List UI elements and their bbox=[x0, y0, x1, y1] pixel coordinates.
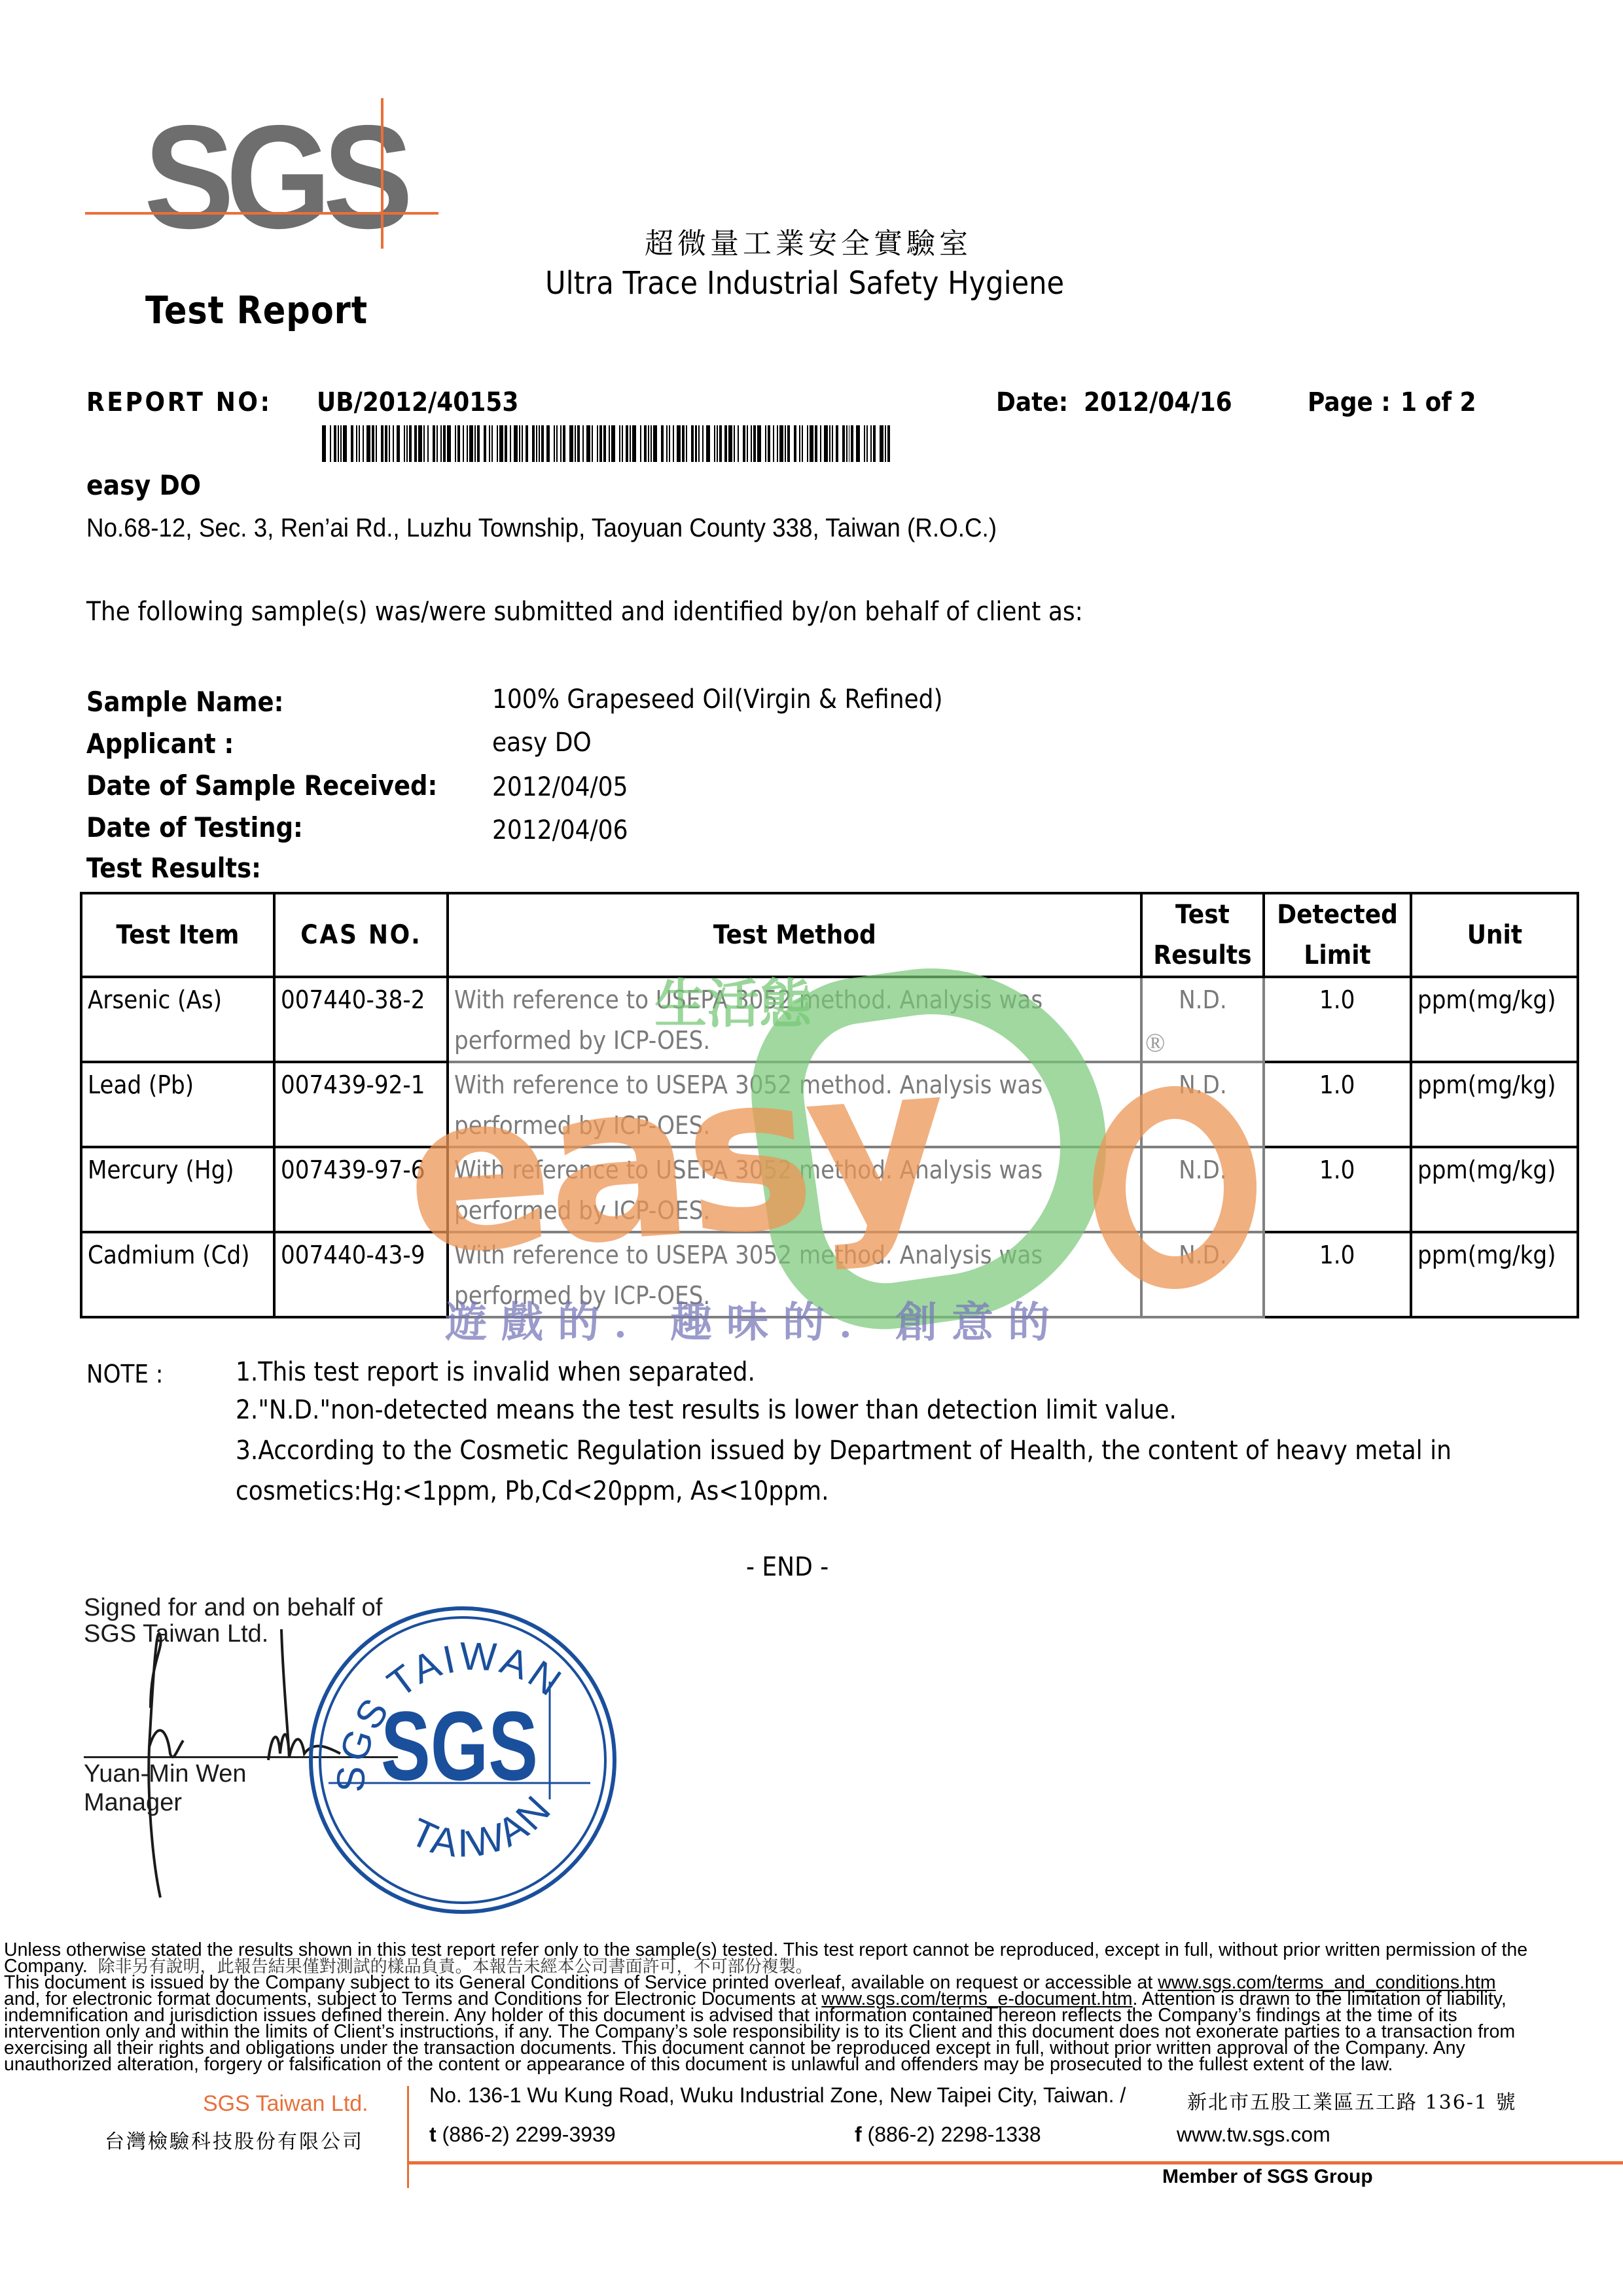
field-value-applicant: easy DO bbox=[492, 728, 592, 758]
field-label-applicant: Applicant : bbox=[86, 728, 234, 760]
cell-result: N.D. bbox=[1141, 1062, 1264, 1147]
cell-method: With reference to USEPA 3052 method. Ana… bbox=[448, 1232, 1141, 1317]
cell-limit: 1.0 bbox=[1264, 1232, 1411, 1317]
report-no-label: REPORT NO: bbox=[86, 387, 272, 417]
footer-member: Member of SGS Group bbox=[1162, 2166, 1373, 2188]
table-row: Arsenic (As)007440-38-2With reference to… bbox=[81, 977, 1578, 1062]
note-line-4: cosmetics:Hg:<1ppm, Pb,Cd<20ppm, As<10pp… bbox=[236, 1476, 829, 1506]
cell-result: N.D. bbox=[1141, 1147, 1264, 1232]
date-label: Date: bbox=[996, 387, 1068, 417]
cell-unit: ppm(mg/kg) bbox=[1411, 1062, 1578, 1147]
cell-unit: ppm(mg/kg) bbox=[1411, 1232, 1578, 1317]
legal-disclaimer: Unless otherwise stated the results show… bbox=[4, 1942, 1590, 2073]
field-value-sample-name: 100% Grapeseed Oil(Virgin & Refined) bbox=[492, 684, 943, 715]
cell-result: N.D. bbox=[1141, 977, 1264, 1062]
column-header-test-method: Test Method bbox=[448, 893, 1141, 977]
cell-unit: ppm(mg/kg) bbox=[1411, 1147, 1578, 1232]
lab-name-zh: 超微量工業安全實驗室 bbox=[645, 220, 972, 262]
column-header-test-item: Test Item bbox=[81, 893, 274, 977]
report-barcode bbox=[322, 425, 893, 462]
cell-method: With reference to USEPA 3052 method. Ana… bbox=[448, 977, 1141, 1062]
cell-limit: 1.0 bbox=[1264, 1147, 1411, 1232]
cell-cas: 007440-38-2 bbox=[274, 977, 448, 1062]
footer-website[interactable]: www.tw.sgs.com bbox=[1177, 2123, 1330, 2147]
submission-intro: The following sample(s) was/were submitt… bbox=[86, 597, 1083, 627]
stamp-center-text: SGS bbox=[381, 1691, 538, 1801]
cell-unit: ppm(mg/kg) bbox=[1411, 977, 1578, 1062]
results-table: Test Item CAS NO. Test Method Test Resul… bbox=[80, 892, 1579, 1318]
table-row: Lead (Pb)007439-92-1With reference to US… bbox=[81, 1062, 1578, 1147]
column-header-cas-no: CAS NO. bbox=[274, 893, 448, 977]
column-header-test-results: Test Results bbox=[1141, 893, 1264, 977]
cell-item: Lead (Pb) bbox=[81, 1062, 274, 1147]
sgs-logo-text: SGS bbox=[144, 103, 405, 251]
field-value-date-received: 2012/04/05 bbox=[492, 772, 628, 802]
footer-company-en: SGS Taiwan Ltd. bbox=[203, 2091, 368, 2117]
page-number: 1 of 2 bbox=[1400, 387, 1476, 417]
field-label-date-testing: Date of Testing: bbox=[86, 811, 303, 843]
cell-limit: 1.0 bbox=[1264, 977, 1411, 1062]
footer-phone: t (886-2) 2299-3939 bbox=[429, 2123, 616, 2147]
table-header-row: Test Item CAS NO. Test Method Test Resul… bbox=[81, 893, 1578, 977]
test-results-label: Test Results: bbox=[86, 852, 261, 884]
field-value-date-testing: 2012/04/06 bbox=[492, 815, 628, 845]
lab-name-en: Ultra Trace Industrial Safety Hygiene bbox=[545, 265, 1064, 302]
table-row: Mercury (Hg)007439-97-6With reference to… bbox=[81, 1147, 1578, 1232]
client-address: No.68-12, Sec. 3, Ren’ai Rd., Luzhu Town… bbox=[86, 514, 997, 543]
footer-fax: f (886-2) 2298-1338 bbox=[855, 2123, 1041, 2147]
logo-horizontal-rule bbox=[85, 212, 438, 215]
report-no: UB/2012/40153 bbox=[317, 387, 518, 417]
footer-vertical-rule bbox=[407, 2086, 409, 2188]
cell-method: With reference to USEPA 3052 method. Ana… bbox=[448, 1062, 1141, 1147]
cell-item: Arsenic (As) bbox=[81, 977, 274, 1062]
sgs-logo: SGS bbox=[85, 98, 438, 249]
footer-address: No. 136-1 Wu Kung Road, Wuku Industrial … bbox=[429, 2083, 1126, 2108]
field-label-date-received: Date of Sample Received: bbox=[86, 769, 437, 802]
footer-horizontal-rule bbox=[407, 2161, 1623, 2164]
cell-cas: 007440-43-9 bbox=[274, 1232, 448, 1317]
footer-address-zh: 新北市五股工業區五工路 136-1 號 bbox=[1187, 2086, 1517, 2115]
cell-method: With reference to USEPA 3052 method. Ana… bbox=[448, 1147, 1141, 1232]
document-title: Test Report bbox=[145, 288, 368, 332]
legal-line-8: unauthorized alteration, forgery or fals… bbox=[4, 2057, 1590, 2073]
note-line-1: 1.This test report is invalid when separ… bbox=[236, 1357, 755, 1387]
cell-cas: 007439-92-1 bbox=[274, 1062, 448, 1147]
column-header-unit: Unit bbox=[1411, 893, 1578, 977]
field-label-sample-name: Sample Name: bbox=[86, 686, 283, 718]
cell-result: N.D. bbox=[1141, 1232, 1264, 1317]
page-label: Page : bbox=[1308, 387, 1391, 417]
report-date: 2012/04/16 bbox=[1084, 387, 1232, 417]
note-label: NOTE : bbox=[86, 1360, 163, 1388]
note-line-2: 2."N.D."non-detected means the test resu… bbox=[236, 1395, 1177, 1425]
cell-item: Mercury (Hg) bbox=[81, 1147, 274, 1232]
footer-company-zh: 台灣檢驗科技股份有限公司 bbox=[105, 2125, 364, 2154]
column-header-detected-limit: Detected Limit bbox=[1264, 893, 1411, 977]
logo-vertical-rule bbox=[381, 98, 383, 249]
table-row: Cadmium (Cd)007440-43-9With reference to… bbox=[81, 1232, 1578, 1317]
cell-item: Cadmium (Cd) bbox=[81, 1232, 274, 1317]
cell-limit: 1.0 bbox=[1264, 1062, 1411, 1147]
client-name: easy DO bbox=[86, 469, 201, 501]
end-mark: - END - bbox=[746, 1552, 829, 1582]
sgs-taiwan-stamp: SGS TAIWAN LTD TAIWAN SGS bbox=[302, 1597, 616, 1917]
note-line-3: 3.According to the Cosmetic Regulation i… bbox=[236, 1436, 1452, 1466]
cell-cas: 007439-97-6 bbox=[274, 1147, 448, 1232]
